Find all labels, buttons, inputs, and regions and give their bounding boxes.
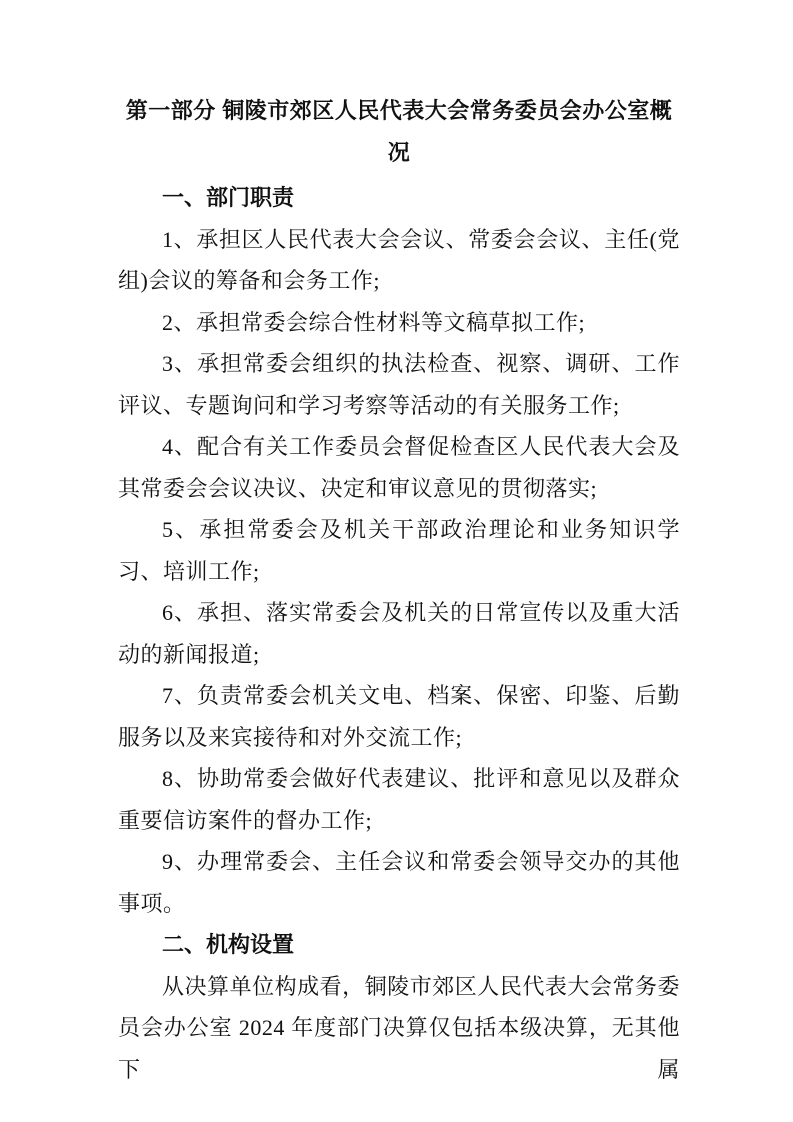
body-paragraph: 4、配合有关工作委员会督促检查区人民代表大会及其常委会会议决议、决定和审议意见的… xyxy=(118,426,680,509)
document-page: 第一部分 铜陵市郊区人民代表大会常务委员会办公室概况 一、部门职责1、承担区人民… xyxy=(0,0,793,1122)
body-paragraph: 7、负责常委会机关文电、档案、保密、印鉴、后勤服务以及来宾接待和对外交流工作; xyxy=(118,675,680,758)
body-paragraph: 5、承担常委会及机关干部政治理论和业务知识学习、培训工作; xyxy=(118,509,680,592)
document-section: 一、部门职责1、承担区人民代表大会会议、常委会会议、主任(党组)会议的筹备和会务… xyxy=(118,177,680,924)
body-paragraph: 3、承担常委会组织的执法检查、视察、调研、工作评议、专题询问和学习考察等活动的有… xyxy=(118,343,680,426)
section-heading: 二、机构设置 xyxy=(118,924,680,966)
body-paragraph: 9、办理常委会、主任会议和常委会领导交办的其他事项。 xyxy=(118,841,680,924)
body-paragraph: 8、协助常委会做好代表建议、批评和意见以及群众重要信访案件的督办工作; xyxy=(118,758,680,841)
body-paragraph: 2、承担常委会综合性材料等文稿草拟工作; xyxy=(118,302,680,344)
body-paragraph: 1、承担区人民代表大会会议、常委会会议、主任(党组)会议的筹备和会务工作; xyxy=(118,219,680,302)
section-heading: 一、部门职责 xyxy=(118,177,680,219)
body-paragraph: 从决算单位构成看，铜陵市郊区人民代表大会常务委员会办公室 2024 年度部门决算… xyxy=(118,966,680,1091)
body-paragraph: 6、承担、落实常委会及机关的日常宣传以及重大活动的新闻报道; xyxy=(118,592,680,675)
document-title: 第一部分 铜陵市郊区人民代表大会常务委员会办公室概况 xyxy=(118,90,680,173)
document-body: 一、部门职责1、承担区人民代表大会会议、常委会会议、主任(党组)会议的筹备和会务… xyxy=(118,177,680,1090)
document-section: 二、机构设置从决算单位构成看，铜陵市郊区人民代表大会常务委员会办公室 2024 … xyxy=(118,924,680,1090)
